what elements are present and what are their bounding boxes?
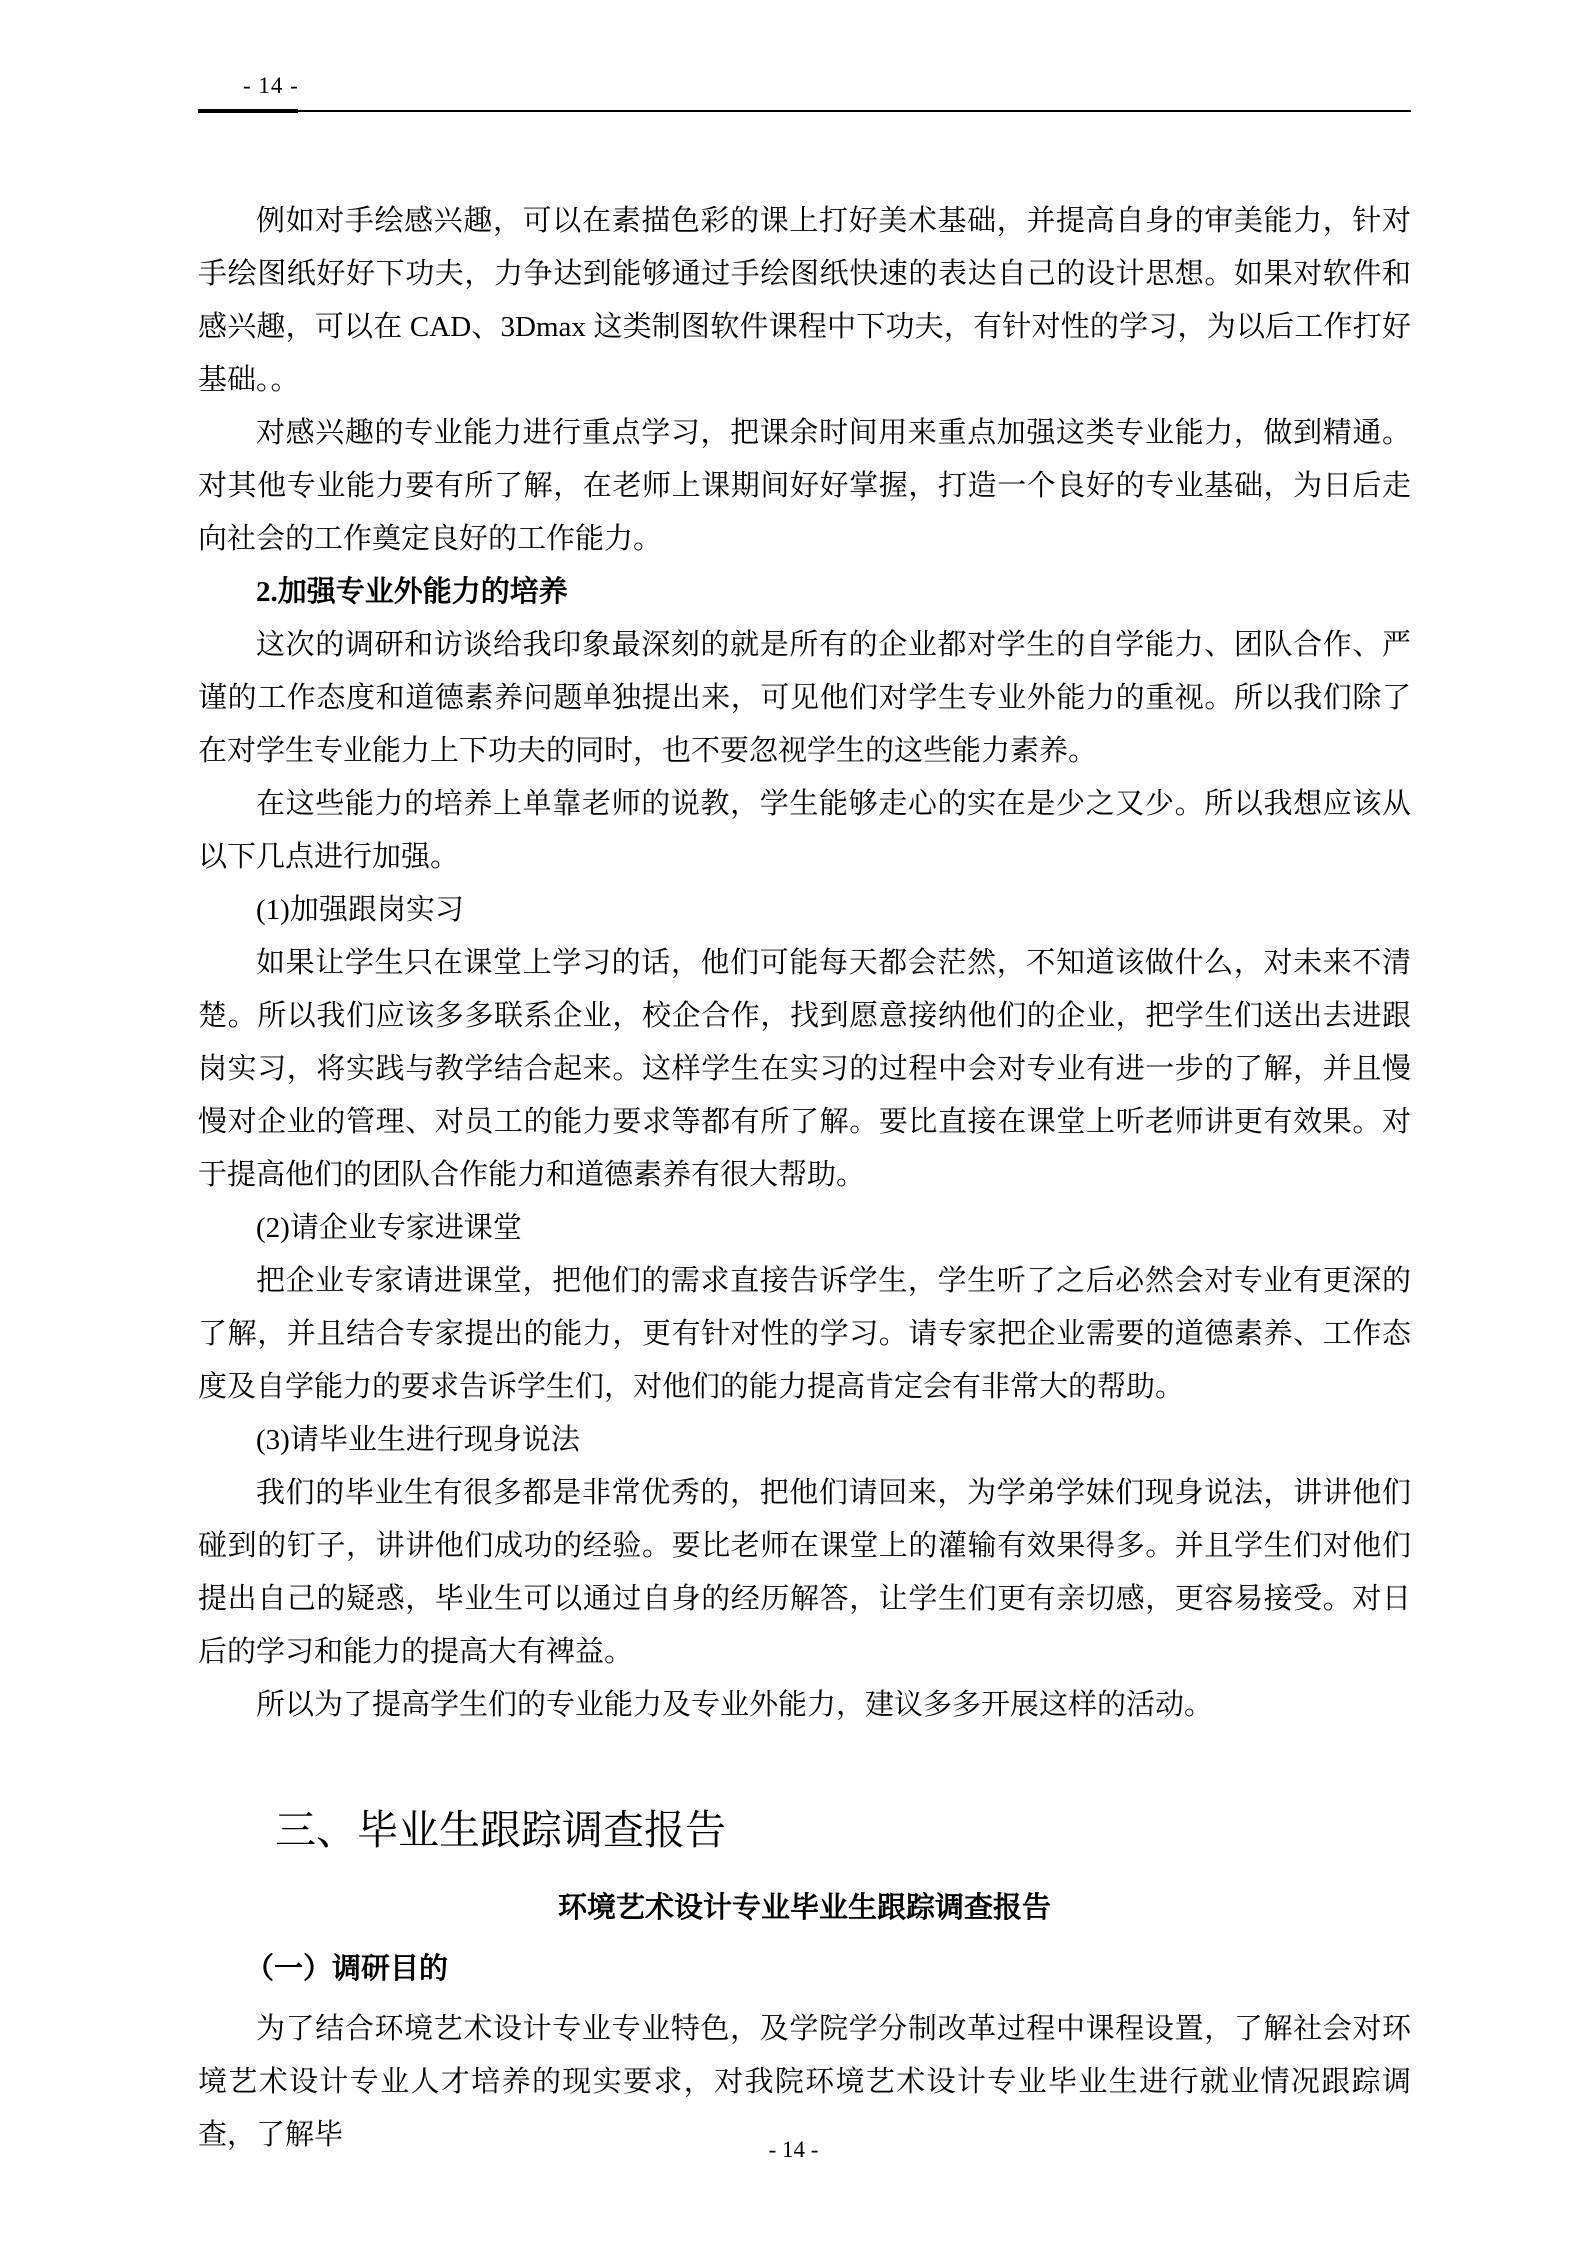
paragraph: 所以为了提高学生们的专业能力及专业外能力，建议多多开展这样的活动。 (198, 1679, 1411, 1732)
header-page-number: - 14 - (243, 72, 299, 100)
header-rule (198, 110, 1411, 112)
paragraph: 把企业专家请进课堂，把他们的需求直接告诉学生，学生听了之后必然会对专业有更深的了… (198, 1255, 1411, 1414)
subsection-heading: （一）调研目的 (198, 1941, 1411, 1997)
list-item-heading: (1)加强跟岗实习 (198, 884, 1411, 937)
paragraph: 我们的毕业生有很多都是非常优秀的，把他们请回来，为学弟学妹们现身说法，讲讲他们碰… (198, 1467, 1411, 1679)
report-title: 环境艺术设计专业毕业生跟踪调查报告 (198, 1880, 1411, 1936)
list-item-heading: (2)请企业专家进课堂 (198, 1202, 1411, 1255)
paragraph: 这次的调研和访谈给我印象最深刻的就是所有的企业都对学生的自学能力、团队合作、严谨… (198, 619, 1411, 778)
header-rule-thick-segment (198, 109, 298, 113)
paragraph: 例如对手绘感兴趣，可以在素描色彩的课上打好美术基础，并提高自身的审美能力，针对手… (198, 195, 1411, 407)
paragraph: 在这些能力的培养上单靠老师的说教，学生能够走心的实在是少之又少。所以我想应该从以… (198, 778, 1411, 884)
numbered-heading: 2.加强专业外能力的培养 (198, 566, 1411, 619)
document-body: 例如对手绘感兴趣，可以在素描色彩的课上打好美术基础，并提高自身的审美能力，针对手… (198, 195, 1411, 2162)
footer-page-number: - 14 - (0, 2136, 1587, 2164)
list-item-heading: (3)请毕业生进行现身说法 (198, 1414, 1411, 1467)
paragraph: 对感兴趣的专业能力进行重点学习，把课余时间用来重点加强这类专业能力，做到精通。对… (198, 407, 1411, 566)
chapter-heading: 三、毕业生跟踪调查报告 (198, 1794, 1411, 1866)
paragraph: 如果让学生只在课堂上学习的话，他们可能每天都会茫然，不知道该做什么，对未来不清楚… (198, 937, 1411, 1202)
document-page: - 14 - 例如对手绘感兴趣，可以在素描色彩的课上打好美术基础，并提高自身的审… (0, 0, 1587, 2245)
